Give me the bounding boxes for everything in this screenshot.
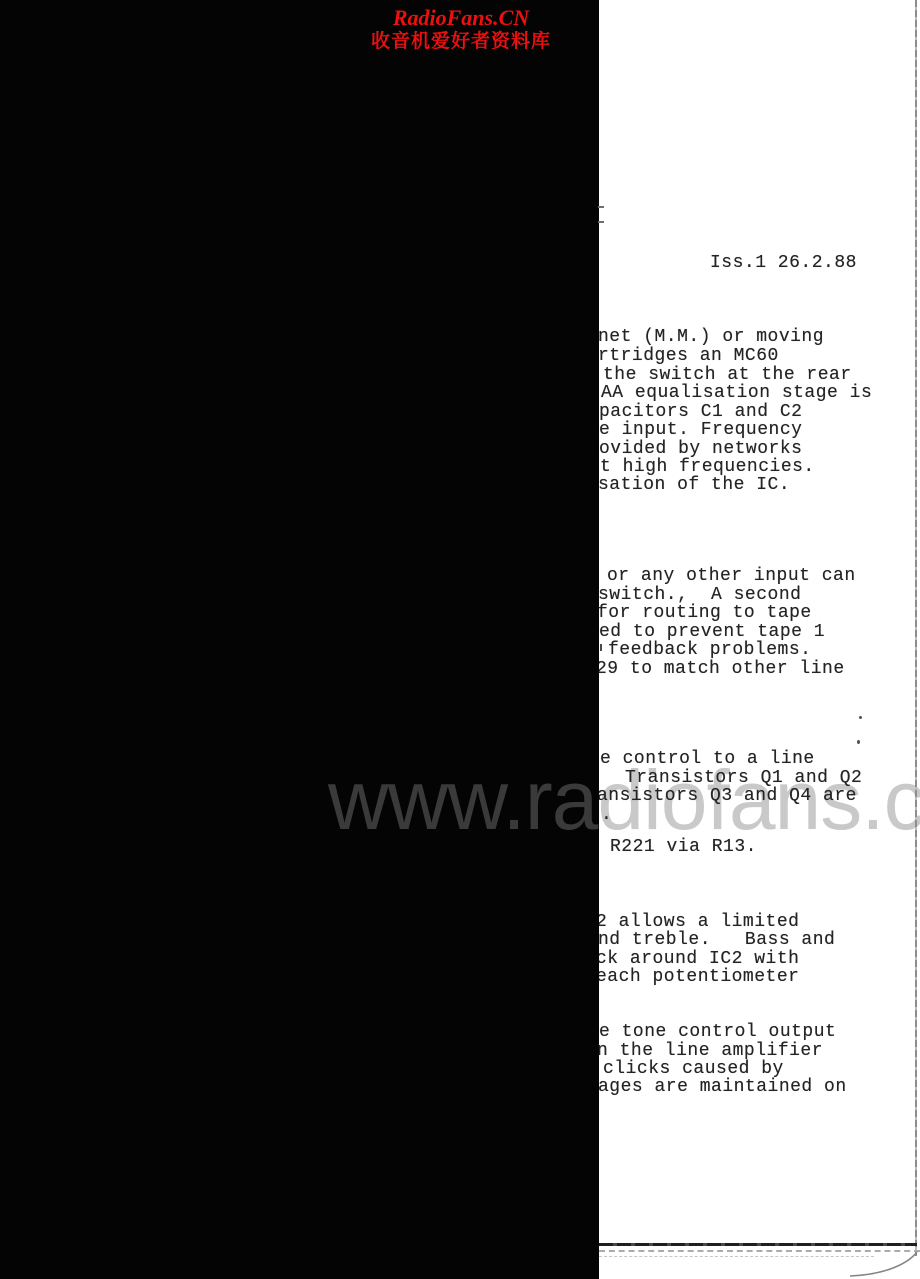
dust-speck	[598, 221, 604, 223]
dust-speck	[857, 740, 860, 744]
red-watermark-title: RadioFans.CN	[336, 5, 586, 30]
typed-line: or any other input can	[607, 567, 856, 586]
typed-line: nd treble. Bass and	[598, 931, 835, 950]
typed-line: for routing to tape	[597, 604, 812, 623]
site-watermark-clip-black: www.radiofans.cn	[0, 0, 599, 1279]
typed-line: e input. Frequency	[599, 421, 802, 440]
typed-line: each potentiometer	[596, 968, 799, 987]
typed-line: rtridges an MC60	[598, 347, 779, 366]
typed-line: .	[601, 806, 612, 825]
typed-line: feedback problems.	[608, 641, 811, 660]
typed-line: 29 to match other line	[596, 660, 845, 679]
typed-line: ansistors Q3 and Q4 are	[597, 787, 857, 806]
typed-line: net (M.M.) or moving	[598, 328, 824, 347]
typed-line: sation of the IC.	[598, 476, 790, 495]
red-watermark: RadioFans.CN 收音机爱好者资料库	[336, 5, 586, 52]
red-watermark-subtitle: 收音机爱好者资料库	[336, 30, 586, 52]
issue-label: Iss.1 26.2.88	[710, 254, 857, 273]
typed-line: e control to a line	[600, 750, 815, 769]
page-bottom-line	[599, 1243, 917, 1246]
dust-speck	[600, 644, 602, 651]
typed-line: AA equalisation stage is	[601, 384, 872, 403]
page-bottom-line-faint	[599, 1256, 874, 1257]
site-watermark: www.radiofans.cn	[328, 752, 599, 849]
typed-line: ages are maintained on	[598, 1078, 847, 1097]
typed-line: e tone control output	[599, 1023, 836, 1042]
dust-speck	[859, 716, 862, 719]
page-right-border	[915, 0, 917, 1256]
dust-speck	[598, 206, 604, 208]
typed-line: R221 via R13.	[610, 838, 757, 857]
page-curl-line	[848, 1250, 920, 1279]
